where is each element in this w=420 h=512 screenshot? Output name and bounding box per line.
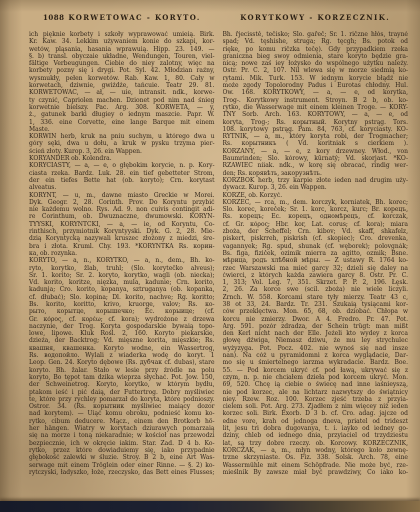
text-line: ców przeklęctwa. Mon. 65, 68, ob. dzioba… (223, 308, 409, 315)
text-line: ciasta rzeka. Bardz. Luk. 28. ein tief g… (29, 170, 215, 177)
text-line: 108. korytowy pstrąg. Pam. 84, 763, cf. … (223, 126, 409, 133)
text-line: ptakom ieść i pić daią, der Futtertrog. … (29, 389, 215, 396)
text-line: rięke, po komu ričzka tečę). Gdy przypad… (223, 46, 409, 53)
text-line: koryto, Bo tępot tam dzika wieprza słych… (29, 374, 215, 381)
text-line: mieślnik By zawsze miał być prawdziwy, C… (223, 469, 409, 476)
text-line: Kr. Kaw. 34. Lekkim używaniem konie do s… (29, 38, 215, 45)
text-line: ćwierci, z których każda zawiera garcy 8… (223, 272, 409, 279)
text-line: Zrnch. W. 558. Korcami stare tyły mierzy… (223, 294, 409, 301)
text-line: cielem soli. Pot. Arg. 273. Zjadłem z ni… (223, 403, 409, 410)
text-line: cf. dłubać); Slo. kopina; Dl. korito, na… (29, 294, 215, 301)
text-line: KORCZAK, — a, m., młyn wodny, którego ko… (223, 447, 409, 454)
text-line: der Schweinetrog. Koryto, korytko, w któ… (29, 381, 215, 388)
text-columns: ich pięknie korbety i szkoły wyprawować … (29, 31, 408, 490)
text-line: 2, 26. Za korce swe (scil. zboża) nie wi… (223, 286, 409, 293)
text-line: Bs. korito, koritto, krivo, kruorge, val… (29, 301, 215, 308)
text-line: rytczyski, ładyszko, łoże, rzeczysko, da… (29, 469, 215, 476)
text-line: re Corinthum, ob. Dwuznaczne, dwumowski.… (29, 213, 215, 220)
text-line: §. b) transl. obyczaie układne, Wendunge… (29, 53, 215, 60)
text-line: wetów, pląsania, hasania wprawuią. Hipp.… (29, 46, 215, 53)
text-line: Slo. korec, koreček; Sr. 1. korc, korcz,… (223, 206, 409, 213)
text-line: den; Rs. корявѣть, закорузнѣть. (223, 170, 409, 177)
text-line: Ostr. Pr. C. 2, 107. Nil wlewa się w mor… (223, 67, 409, 74)
text-line: ich pięknie korbety i szkoły wyprawować … (29, 31, 215, 38)
text-line: czym, n. p. nie chciałem dzieła pod korc… (223, 374, 409, 381)
text-line: piskert, piskrreh, piskrish (cf. skopiec… (223, 235, 409, 242)
text-line: Leop. Gen. 24. Koryto dębowe (Rs. дубчак… (29, 359, 215, 366)
text-line: 1, 336. eine Corvette, eine lange Barque… (29, 119, 215, 126)
text-line: 38 ot 33, 24. Bardz. Tr. 231. Szukaią ty… (223, 301, 409, 308)
text-line: Rs. корытникъ ( Vd. koritniak s cierkiem… (223, 140, 409, 147)
text-line: cf. Gr. κόρος; Hbr. kor, Lat. corus; cf.… (223, 221, 409, 228)
text-line: lat, są trzy dobre rzeczy. ob. Korcowy. … (223, 440, 409, 447)
text-line: rinthisch, przymiotnik Koryntyyski. Dyk.… (29, 228, 215, 235)
text-line: dywacz. Kurop. 3, 26. ein Wappen. (223, 184, 409, 191)
running-title-left-text: KORWETOWAC - KORYTO. (68, 13, 200, 22)
text-line: nad korytem). — Uiąć komu obroku, podnie… (29, 410, 215, 417)
text-line: Gr. κόρος, cf. κορέω; cf. kora); wydrożo… (29, 316, 215, 323)
text-line: RZAWIEĆ niiak. ndk., w korę się obracać,… (223, 162, 409, 169)
text-line: der ein tiefes Bette hat (ob. koryto); C… (29, 177, 215, 184)
text-line: zboża, der Scheffel; Crn. kibov; Vd. ska… (223, 228, 409, 235)
text-line: alveatus. (29, 184, 215, 191)
text-line: góry sęki, dwa u dołu, a kruk w pysku tr… (29, 140, 215, 147)
text-line: KORZANY, — a, — e, z kory drzewney. Włod… (223, 148, 409, 155)
text-line: KORYANDER ob. Kolendra. (29, 155, 215, 162)
text-line: KORWIN herb, kruk na pniu suchym, u któr… (29, 133, 215, 140)
text-line: lit, jesu tri dobra dugovanya, t. i. iay… (223, 425, 409, 432)
text-line: nan). Na cóż u pyramidomni z korca wyglą… (223, 352, 409, 359)
text-line: edne vore, krah od jednoga dneva, priate… (223, 418, 409, 425)
text-line: korcu nie zmierzy. Dwor. A 4. Fredro. Pr… (223, 316, 409, 323)
text-line: 55. — Pod korcem ukryć cf. pod ławą, ukr… (223, 367, 409, 374)
text-column-right: Bh. řjecisstě, tečisko; Slo. gařeč; Sr. … (223, 31, 409, 490)
text-line: może zgody Topolorodny Padus i Eurotas c… (223, 82, 409, 89)
text-line: 1, 313; Vol. Leg. 7, 351. Skrzet. P. P. … (223, 279, 409, 286)
text-line: KORYCIASTY, — a, — e, o głębokim korycie… (29, 162, 215, 169)
text-line: bezpiecznie, ich w okręcie iakim. Star. … (29, 440, 215, 447)
text-line: ryto, korytko, žlab, truhl; (Slo. koryte… (29, 265, 215, 272)
text-line: ty czynić, Capriolen machen. Dzionet pod… (29, 97, 215, 104)
text-line: mo się u śmiertelnego iarzma wykradacie.… (223, 359, 409, 366)
text-line: rytami. Mik. Turk. 153. W iednym korycie… (223, 75, 409, 82)
text-line: her hängen. Wiatry w korytach dziurawych… (29, 425, 215, 432)
text-line: lowe, lipowe. Kluk Rośl. 2, 160. Koryto … (29, 330, 215, 337)
text-line: rytko, die Wasserwage mit einem kleinen … (223, 104, 409, 111)
text-line: te, które przy rychley pomarzał do koryt… (29, 396, 215, 403)
text-line: rytko, cibum deducere. Mącz., einem den … (29, 418, 215, 425)
book-page-scan: 1088KORWETOWAC - KORYTO. KORYTKOWY - KOR… (0, 0, 420, 512)
text-line: vagannyek; Rg. spud, shunak (cf. węborek… (223, 243, 409, 250)
text-line: KORWETOWAĆ, — ał, — uie, intransit. ndk.… (29, 89, 215, 96)
text-line: korwetnie bielszy. Pac. Arg. 308. KORWET… (29, 104, 215, 111)
scan-edge-band (0, 501, 420, 512)
text-line: bra i złota. Kruml. Chy. 193. *KORYNTKA … (29, 243, 215, 250)
text-line: niey. Rzew. Roz. 100. Korzec zjeść trzeb… (223, 396, 409, 403)
text-line: serwage mit einem Tröglein oder einer Ri… (29, 462, 215, 469)
text-line: rytko, przez które dowiaduiemy się, iako… (29, 447, 215, 454)
text-line: мѣрица, родъ хлѣбной мѣры. — Z ustawy R.… (223, 257, 409, 264)
running-title-left: 1088KORWETOWAC - KORYTO. (29, 13, 215, 22)
text-line: Ostror. 34. (Rs. корытник myśliwiec maią… (29, 403, 215, 410)
text-line: dzią Koryntycką nazywali kruszec złożony… (29, 235, 215, 242)
text-line: Bs. figa, fiziček, ozimik mierra za agit… (223, 250, 409, 257)
text-line: TNY Sorb. Arch. 163. KORYTOWY, — a, — e,… (223, 111, 409, 118)
text-line: koryto. Bh. žalar. Stało w lesie przy źr… (29, 367, 215, 374)
text-line: Maste. (29, 126, 215, 133)
text-line: KORZE, ob. Korzyć. (223, 192, 409, 199)
text-line: wyżyzyga. Pot. Pocz. 402. nie wynoś się … (223, 345, 409, 352)
text-line: korzec soli. Birk. Exorb. D 3 b. cf. Cro… (223, 410, 409, 417)
text-line: się na morze i toną niekaradnie; w kości… (29, 432, 215, 439)
text-line: dzieża, der Backtrog; Vd. mięszne korita… (29, 337, 215, 344)
text-line: głębokość zalewki w śluzie. Stroy. B 2 b… (29, 454, 215, 461)
page-number: 1088 (43, 13, 64, 22)
running-header: 1088KORWETOWAC - KORYTO. KORYTKOWY - KOR… (29, 13, 408, 22)
text-line: 69, 520. Chcę ią ciebie o świecę nad inn… (223, 381, 409, 388)
text-line: Baumrinden; Slo. kórowy, kůrnatý; Vd. sk… (223, 155, 409, 162)
text-line: Trog-. Korytkowy instrument. Stroyn. B 2… (223, 97, 409, 104)
text-line: den Kerl nicht nach der Elle. Jeżeli kto… (223, 330, 409, 337)
text-line: głowę dźwiga, Niemasz dziwu, że mu ley s… (223, 337, 409, 344)
text-line: korbety pozny się i drygi. Pot. Syl. 42.… (29, 67, 215, 74)
text-line: Bh. řjecisstě, tečisko; Slo. gařeč; Sr. … (223, 31, 409, 38)
text-line: korwetach, dziwnie, gwiżdże, tańcuie. Te… (29, 82, 215, 89)
text-line: Sr. 1. korito; Sr. 2. koryto, korytko, w… (29, 272, 215, 279)
text-line: KORYTO, — a, n., KORYTKO, — a, n., dem.,… (29, 257, 215, 264)
text-line: рыто, корытце, корышечко; Ec. корыице; (… (29, 308, 215, 315)
text-line: nie pod korzec, ale na lichtarz nazwytsz… (223, 389, 409, 396)
text-line: kadunja; Cro. korito, kopanya, sztrugany… (29, 286, 215, 293)
text-line: spad; Vd. tęshishe, struga; Rg. tęcgh; B… (223, 38, 409, 45)
text-line: TYYSKI, KORYNTCKI, — a, — ie, od Koryntu… (29, 221, 215, 228)
text-column-left: ich pięknie korbety i szkoły wyprawować … (29, 31, 215, 490)
text-line: KORYNT, — u, m., dawne miasto Greckie w … (29, 192, 215, 199)
text-line: nie każdemu wolno. Rys. Ad. 9. non cuivi… (29, 206, 215, 213)
text-line: wysmukły, pełen korwetów. Rab. Kaw. 1, 8… (29, 75, 215, 82)
text-line: rzec Warszawski ma mieć garcy 32; dzieli… (223, 265, 409, 272)
running-title-right: KORYTKOWY - KORZECZNIK. (222, 13, 408, 22)
text-line: nicą; nowe zaś iey łożysko do wspólnego … (223, 60, 409, 67)
text-line: trzne skrzyniaste. Os. Fiz. 338. Solsk. … (223, 454, 409, 461)
text-line: ка, ob. rozynka. (29, 250, 215, 257)
text-line: квашня, квашенка. Koryto wodne, ein Wass… (29, 345, 215, 352)
text-line: ż., gatunek barki długiey o iednym maszc… (29, 111, 215, 118)
text-line: graniczna bieg swoy odmienia, stare kory… (223, 53, 409, 60)
text-line: Rs. водопойло. Wylali z wiaderka wodę do… (29, 352, 215, 359)
text-line: KORZEC, — rca, m., dem. korczyk, korniat… (223, 199, 409, 206)
text-line: Rs. корецъ; Ec. корецъ, одномѣрецъ, cf. … (223, 213, 409, 220)
text-line: Wassermühle mit einem Schöpfrade. Nie mo… (223, 462, 409, 469)
text-line: dziny, chleb od iednego dnia, przyiaciel… (223, 432, 409, 439)
text-line: RYTNIK, — a, m., który koryta robi, der … (223, 133, 409, 140)
text-line: ścień złoty. Kurop. 3, 26. ein Wappen. (29, 148, 215, 155)
text-line: koryta, Trog-; Rs. корытный. Korytny pst… (223, 119, 409, 126)
text-line: KORZBOK herb, trzy karpie złote ieden na… (223, 177, 409, 184)
text-line: Dyk. Geogr. 2, 28. Corinth. Prov. Do Kor… (29, 199, 215, 206)
text-line: naczynie, der Trog. Koryta gospodarskie … (29, 323, 215, 330)
text-line: Vd. korito, koritze, nięzka, mula, kadun… (29, 279, 215, 286)
text-line: Arg. 591. pozór zdradza, der Schein trüg… (223, 323, 409, 330)
text-line: Ow. 168. KORYTKOWY, — a, — e, od korytka… (223, 89, 409, 96)
text-line: fältige Verbeugungen. Ciebie do niey zal… (29, 60, 215, 67)
